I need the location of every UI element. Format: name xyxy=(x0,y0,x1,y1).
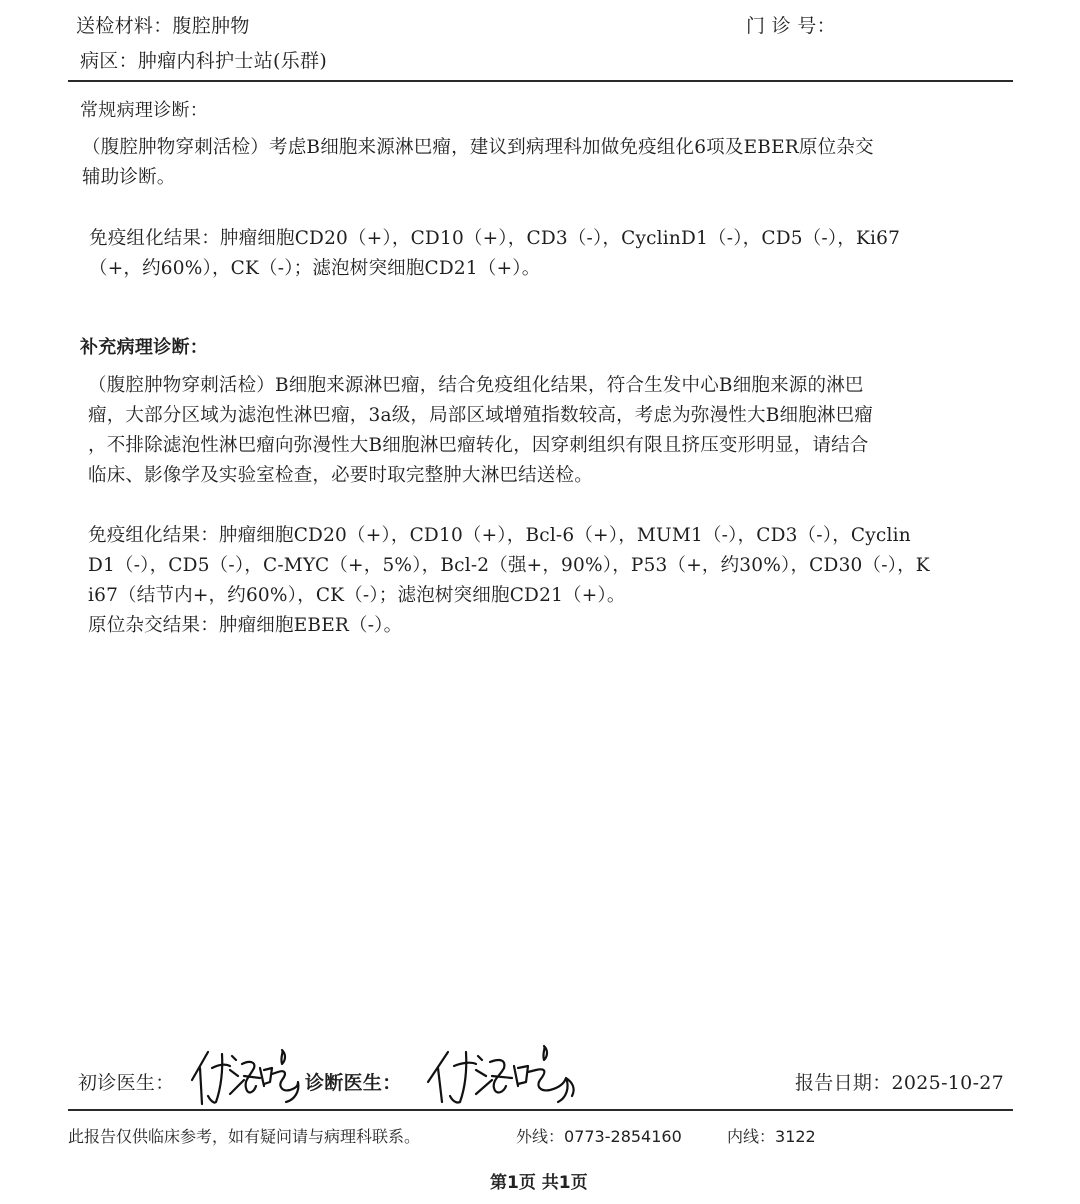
page-indicator: 第1页 共1页 xyxy=(490,1168,588,1193)
supplementary-diagnosis-line: ，不排除滤泡性淋巴瘤向弥漫性大B细胞淋巴瘤转化，因穿刺组织有限且挤压变形明显，请… xyxy=(88,431,873,461)
external-phone-value: 0773-2854160 xyxy=(564,1127,682,1146)
ward-label: 病区： xyxy=(80,50,138,72)
internal-phone-value: 3122 xyxy=(775,1127,816,1146)
supplementary-ihc-results: 免疫组化结果：肿瘤细胞CD20（+），CD10（+），Bcl-6（+），MUM1… xyxy=(88,521,930,641)
routine-diagnosis-line: （腹腔肿物穿刺活检）考虑B细胞来源淋巴瘤，建议到病理科加做免疫组化6项及EBER… xyxy=(82,133,874,163)
ward-value: 肿瘤内科护士站(乐群) xyxy=(138,50,327,72)
internal-phone-label: 内线： xyxy=(727,1127,775,1146)
disclaimer-text: 此报告仅供临床参考，如有疑问请与病理科联系。 xyxy=(68,1127,420,1147)
routine-diagnosis-text: （腹腔肿物穿刺活检）考虑B细胞来源淋巴瘤，建议到病理科加做免疫组化6项及EBER… xyxy=(82,133,874,193)
specimen-label: 送检材料： xyxy=(76,15,173,37)
initial-doctor-label: 初诊医生： xyxy=(78,1071,175,1095)
footer-divider xyxy=(68,1109,1013,1111)
external-phone: 外线：0773-2854160 xyxy=(516,1127,682,1147)
routine-ihc-results: 免疫组化结果：肿瘤细胞CD20（+），CD10（+），CD3（-），Cyclin… xyxy=(89,224,900,284)
report-date-label: 报告日期： xyxy=(795,1072,892,1094)
diagnosing-doctor-label: 诊断医生： xyxy=(305,1071,402,1095)
header-divider xyxy=(68,80,1013,82)
supplementary-diagnosis-line: （腹腔肿物穿刺活检）B细胞来源淋巴瘤，结合免疫组化结果，符合生发中心B细胞来源的… xyxy=(88,371,873,401)
supplementary-diagnosis-line: 临床、影像学及实验室检查，必要时取完整肿大淋巴结送检。 xyxy=(88,461,873,491)
routine-ihc-line: 免疫组化结果：肿瘤细胞CD20（+），CD10（+），CD3（-），Cyclin… xyxy=(89,224,900,254)
supplementary-diagnosis-line: 瘤，大部分区域为滤泡性淋巴瘤，3a级，局部区域增殖指数较高，考虑为弥漫性大B细胞… xyxy=(88,401,873,431)
internal-phone: 内线：3122 xyxy=(727,1127,816,1147)
diagnosing-doctor-signature-icon xyxy=(420,1044,582,1108)
report-date-field: 报告日期：2025-10-27 xyxy=(795,1071,1004,1095)
ward-field: 病区：肿瘤内科护士站(乐群) xyxy=(80,49,327,73)
supplementary-ihc-line: i67（结节内+，约60%），CK（-）；滤泡树突细胞CD21（+）。 xyxy=(88,581,930,611)
outpatient-label: 门 诊 号： xyxy=(746,15,836,37)
supplementary-ihc-line: D1（-），CD5（-），C-MYC（+，5%），Bcl-2（强+，90%），P… xyxy=(88,551,930,581)
routine-ihc-line: （+，约60%），CK（-）；滤泡树突细胞CD21（+）。 xyxy=(89,254,900,284)
outpatient-number-field: 门 诊 号： xyxy=(746,14,836,38)
routine-diagnosis-title: 常规病理诊断： xyxy=(80,99,208,123)
report-date-value: 2025-10-27 xyxy=(892,1072,1005,1094)
supplementary-ihc-line: 免疫组化结果：肿瘤细胞CD20（+），CD10（+），Bcl-6（+），MUM1… xyxy=(88,521,930,551)
initial-doctor-signature-icon xyxy=(186,1046,304,1108)
ish-result-line: 原位杂交结果：肿瘤细胞EBER（-）。 xyxy=(88,611,930,641)
supplementary-diagnosis-text: （腹腔肿物穿刺活检）B细胞来源淋巴瘤，结合免疫组化结果，符合生发中心B细胞来源的… xyxy=(88,371,873,491)
routine-diagnosis-line: 辅助诊断。 xyxy=(82,163,874,193)
specimen-value: 腹腔肿物 xyxy=(173,15,250,37)
specimen-field: 送检材料：腹腔肿物 xyxy=(76,14,250,38)
supplementary-diagnosis-title: 补充病理诊断： xyxy=(80,336,208,360)
external-phone-label: 外线： xyxy=(516,1127,564,1146)
